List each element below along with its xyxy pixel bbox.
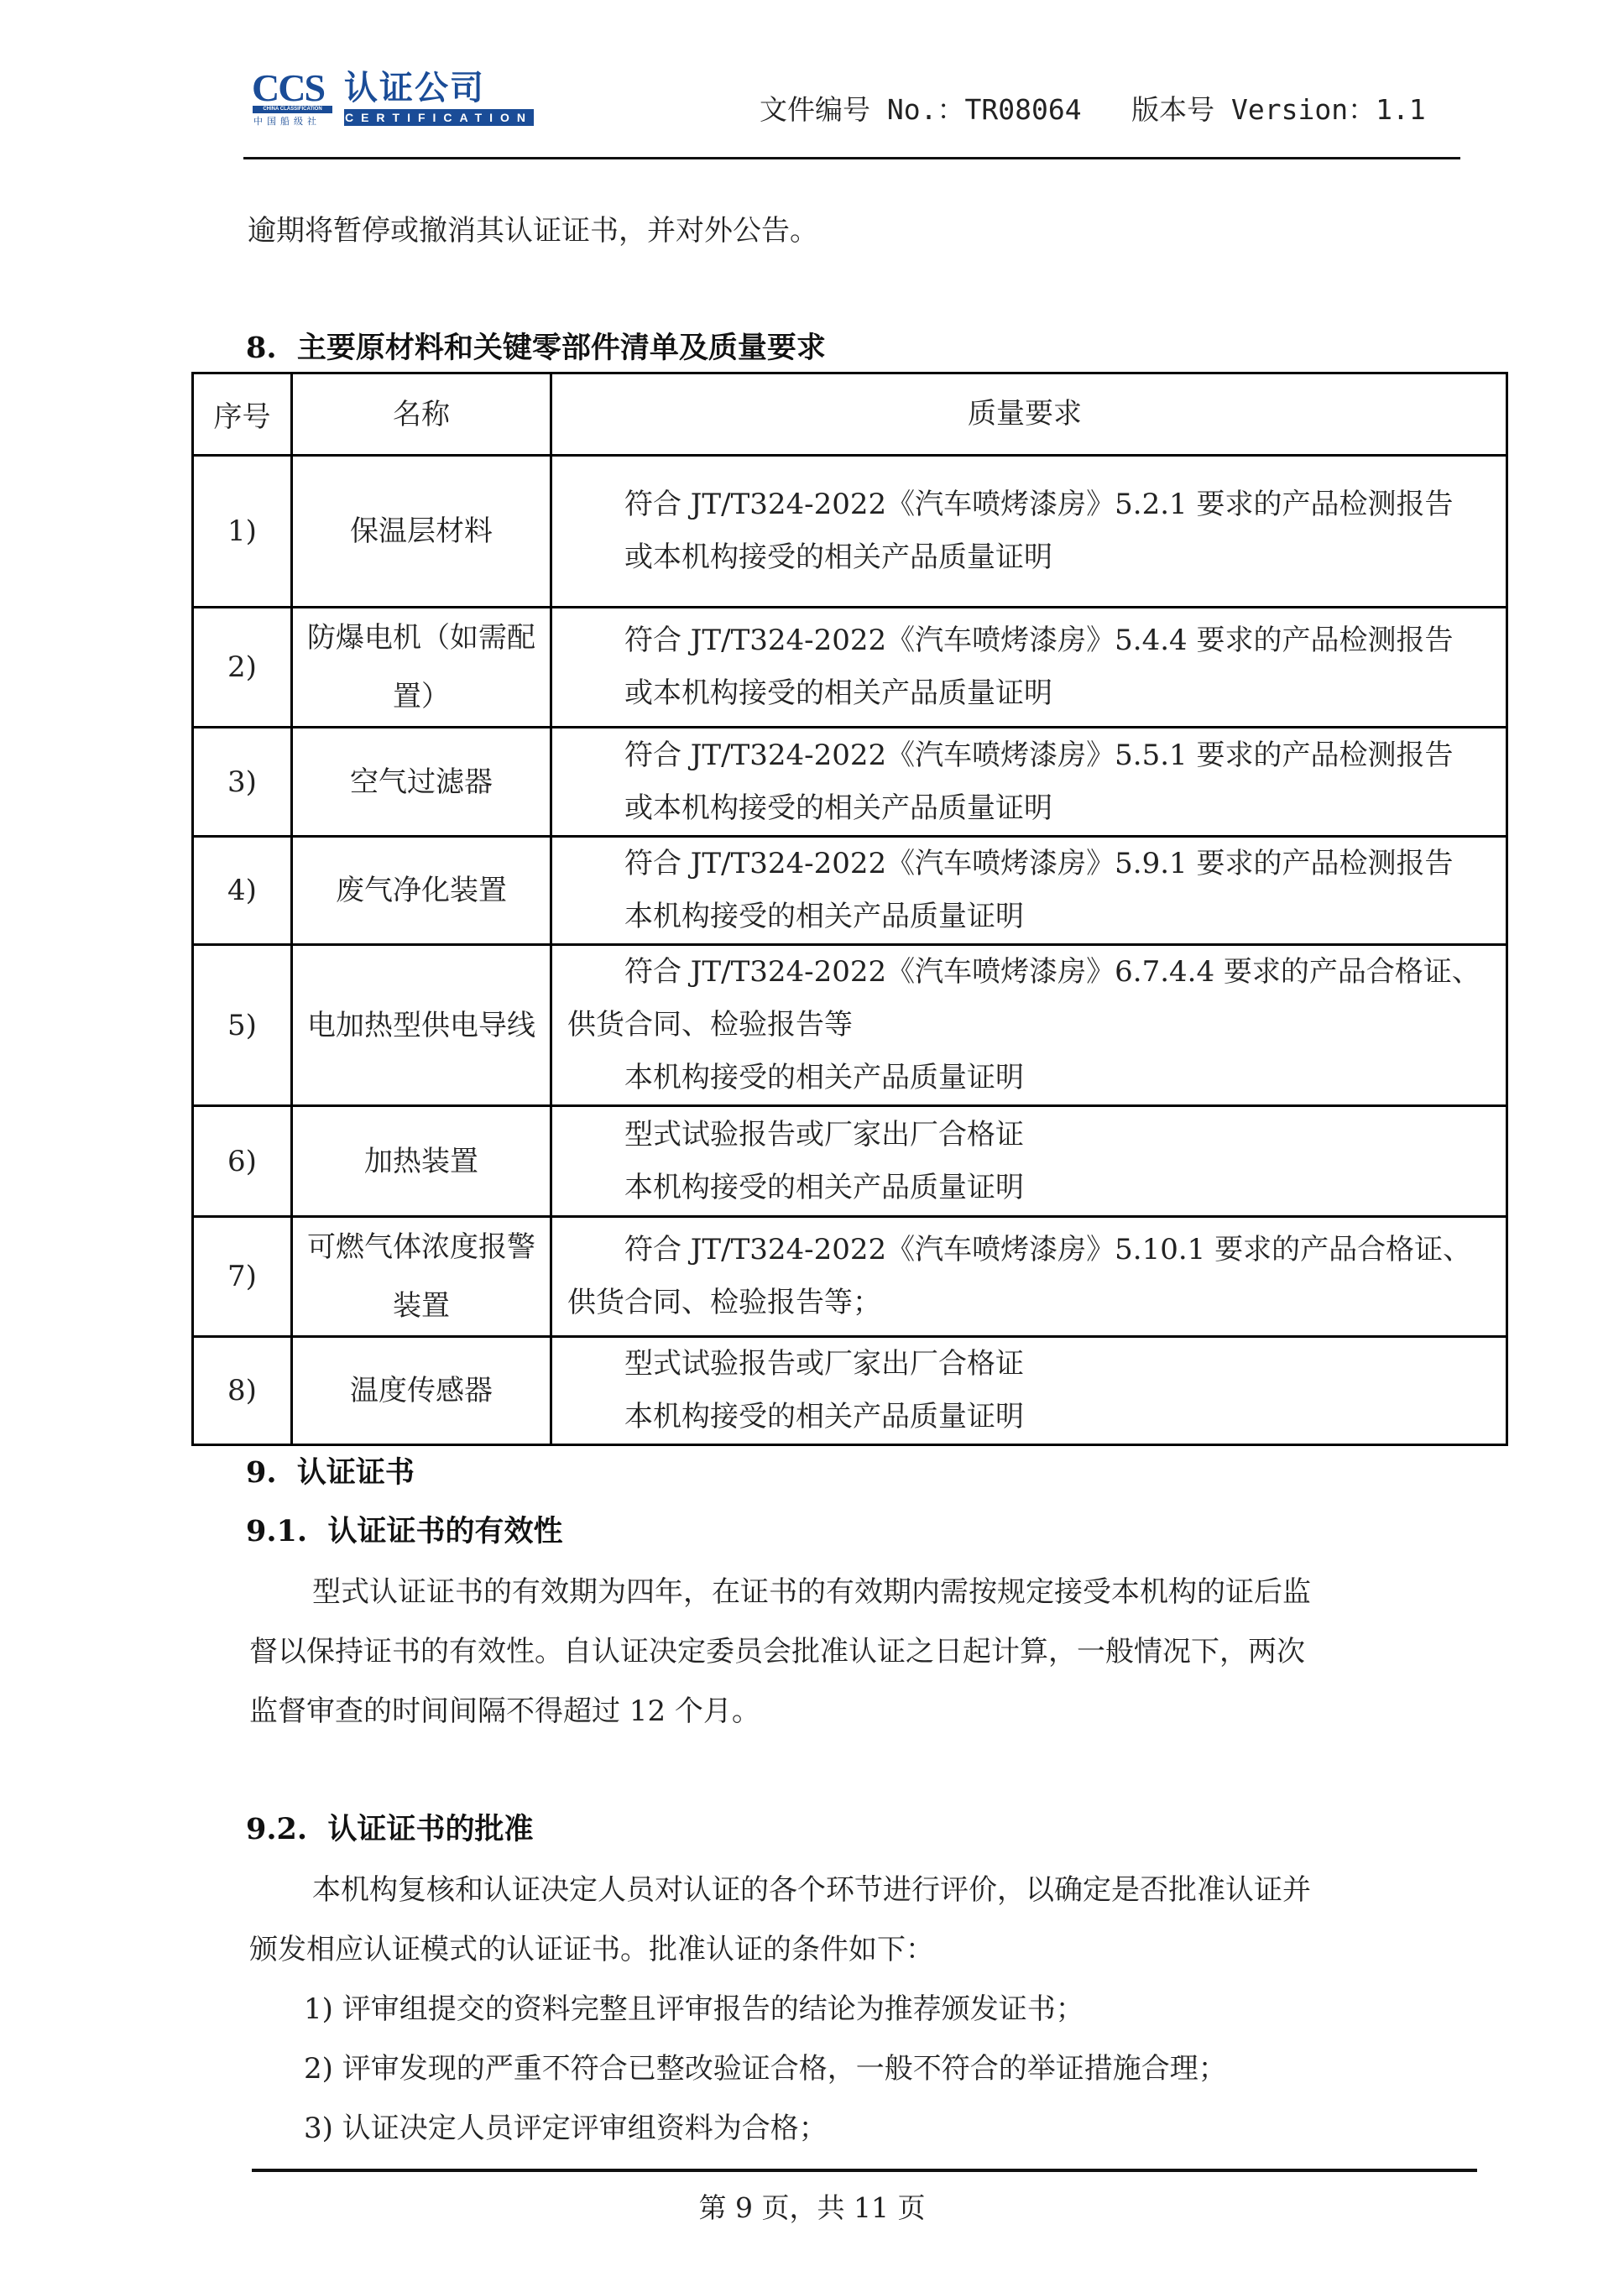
cell-name: 加热装置 [292,1106,551,1217]
table-row: 4) 废气净化装置 符合 JT/T324-2022《汽车喷烤漆房》5.9.1 要… [193,837,1507,945]
section-9-2-heading: 9.2. 认证证书的批准 [246,1813,533,1846]
doc-number-label: 文件编号 No.： [760,93,964,126]
section-number: 8. [246,331,277,365]
logo-ccs-mark: CCS [252,69,324,107]
header-cell-name: 名称 [292,373,551,456]
table-row: 7) 可燃气体浓度报警装置 符合 JT/T324-2022《汽车喷烤漆房》5.1… [193,1217,1507,1337]
section-8-heading: 8. 主要原材料和关键零部件清单及质量要求 [246,332,826,365]
header-cell-requirement: 质量要求 [551,373,1507,456]
header-cell-no: 序号 [193,373,292,456]
subsection-number: 9.2. [246,1812,307,1846]
logo-company-cn: 认证公司 [344,69,485,107]
logo-company-en: CERTIFICATION [344,109,534,126]
condition-item: 2) 评审发现的严重不符合已整改验证合格，一般不符合的举证措施合理； [304,2052,1227,2086]
table-row: 3) 空气过滤器 符合 JT/T324-2022《汽车喷烤漆房》5.5.1 要求… [193,728,1507,837]
table-header-row: 序号 名称 质量要求 [193,373,1507,456]
cell-name: 废气净化装置 [292,837,551,945]
cell-requirement: 符合 JT/T324-2022《汽车喷烤漆房》6.7.4.4 要求的产品合格证、… [551,945,1507,1106]
condition-item: 3) 认证决定人员评定评审组资料为合格； [304,2112,828,2145]
version-number: 1.1 [1376,93,1426,126]
paragraph-line: 监督审查的时间间隔不得超过 12 个月。 [249,1694,760,1728]
cell-no: 7) [193,1217,292,1337]
logo-society-en: CHINA CLASSIFICATION SOCIETY [253,106,332,113]
subsection-title: 认证证书的有效性 [327,1514,562,1548]
cell-no: 1) [193,456,292,608]
condition-item: 1) 评审组提交的资料完整且评审报告的结论为推荐颁发证书； [304,1992,1084,2026]
cell-no: 8) [193,1337,292,1445]
table-row: 8) 温度传感器 型式试验报告或厂家出厂合格证 本机构接受的相关产品质量证明 [193,1337,1507,1445]
cell-requirement: 符合 JT/T324-2022《汽车喷烤漆房》5.5.1 要求的产品检测报告 或… [551,728,1507,837]
materials-table: 序号 名称 质量要求 1) 保温层材料 符合 JT/T324-2022《汽车喷烤… [191,372,1508,1446]
cell-name: 可燃气体浓度报警装置 [292,1217,551,1337]
section-title: 认证证书 [297,1455,415,1490]
paragraph-line: 颁发相应认证模式的认证证书。批准认证的条件如下： [249,1933,934,1966]
subsection-number: 9.1. [246,1514,307,1548]
cell-no: 6) [193,1106,292,1217]
cell-name: 空气过滤器 [292,728,551,837]
cell-name: 电加热型供电导线 [292,945,551,1106]
cell-name: 保温层材料 [292,456,551,608]
cell-requirement: 符合 JT/T324-2022《汽车喷烤漆房》5.9.1 要求的产品检测报告 本… [551,837,1507,945]
cell-requirement: 型式试验报告或厂家出厂合格证 本机构接受的相关产品质量证明 [551,1337,1507,1445]
cell-name: 温度传感器 [292,1337,551,1445]
table-row: 2) 防爆电机（如需配置） 符合 JT/T324-2022《汽车喷烤漆房》5.4… [193,608,1507,728]
subsection-title: 认证证书的批准 [327,1812,533,1846]
paragraph-line: 督以保持证书的有效性。自认证决定委员会批准认证之日起计算，一般情况下，两次 [249,1635,1305,1668]
footer-divider [252,2169,1477,2172]
version-label: 版本号 Version： [1131,93,1376,126]
table-row: 5) 电加热型供电导线 符合 JT/T324-2022《汽车喷烤漆房》6.7.4… [193,945,1507,1106]
continuation-paragraph: 逾期将暂停或撤消其认证证书，并对外公告。 [248,214,818,248]
section-9-heading: 9. 认证证书 [246,1456,415,1490]
cell-name: 防爆电机（如需配置） [292,608,551,728]
cell-requirement: 型式试验报告或厂家出厂合格证 本机构接受的相关产品质量证明 [551,1106,1507,1217]
doc-number: TR08064 [964,93,1081,126]
section-9-1-heading: 9.1. 认证证书的有效性 [246,1515,562,1548]
cell-no: 3) [193,728,292,837]
table-row: 1) 保温层材料 符合 JT/T324-2022《汽车喷烤漆房》5.2.1 要求… [193,456,1507,608]
table-row: 6) 加热装置 型式试验报告或厂家出厂合格证 本机构接受的相关产品质量证明 [193,1106,1507,1217]
header-divider [243,157,1460,159]
cell-requirement: 符合 JT/T324-2022《汽车喷烤漆房》5.10.1 要求的产品合格证、供… [551,1217,1507,1337]
paragraph-line: 型式认证证书的有效期为四年，在证书的有效期内需按规定接受本机构的证后监 [312,1575,1311,1609]
cell-no: 2) [193,608,292,728]
cell-no: 4) [193,837,292,945]
page-number: 第 9 页，共 11 页 [0,2186,1624,2226]
section-number: 9. [246,1455,277,1490]
cell-no: 5) [193,945,292,1106]
paragraph-line: 本机构复核和认证决定人员对认证的各个环节进行评价，以确定是否批准认证并 [312,1873,1311,1907]
company-logo: CCS CHINA CLASSIFICATION SOCIETY 中国船级社 认… [252,69,541,128]
section-title: 主要原材料和关键零部件清单及质量要求 [297,331,826,365]
cell-requirement: 符合 JT/T324-2022《汽车喷烤漆房》5.4.4 要求的产品检测报告 或… [551,608,1507,728]
cell-requirement: 符合 JT/T324-2022《汽车喷烤漆房》5.2.1 要求的产品检测报告 或… [551,456,1507,608]
document-meta: 文件编号 No.：TR08064 版本号 Version：1.1 [760,88,1426,128]
logo-society-cn: 中国船级社 [253,114,321,128]
